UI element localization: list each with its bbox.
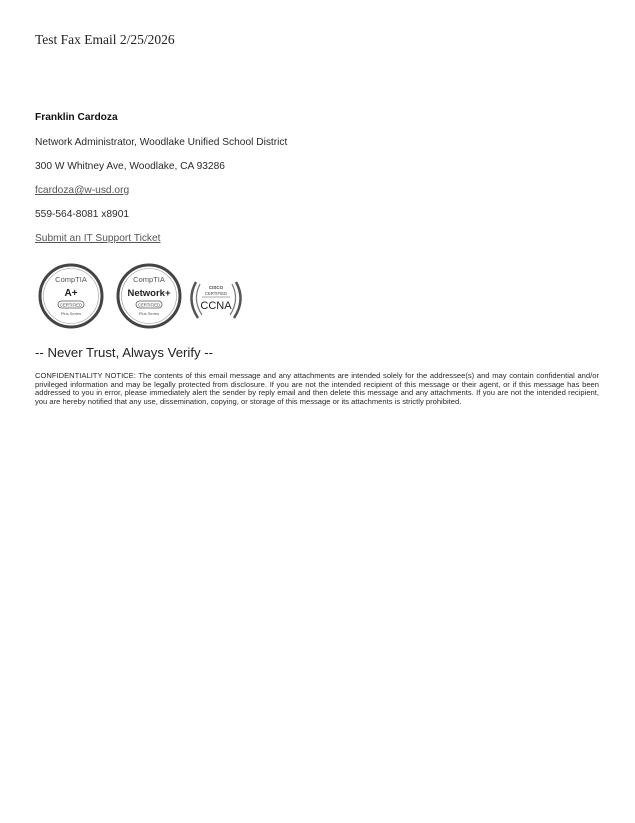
- signature-name: Franklin Cardoza: [35, 112, 118, 123]
- security-motto: -- Never Trust, Always Verify --: [35, 345, 213, 360]
- certification-badges: CompTIA A+ CERTIFIED Plus Series CompTIA…: [36, 262, 256, 330]
- svg-text:A+: A+: [64, 288, 77, 299]
- fax-header-title: Test Fax Email 2/25/2026: [35, 32, 175, 48]
- svg-text:CERTIFIED: CERTIFIED: [138, 303, 160, 308]
- signature-phone: 559-564-8081 x8901: [35, 209, 129, 220]
- support-ticket-link[interactable]: Submit an IT Support Ticket: [35, 233, 161, 244]
- fax-page: Test Fax Email 2/25/2026 Franklin Cardoz…: [0, 0, 635, 823]
- comptia-a-plus-badge-icon: CompTIA A+ CERTIFIED Plus Series: [36, 262, 106, 330]
- comptia-network-plus-badge-icon: CompTIA Network+ CERTIFIED Plus Series: [114, 262, 184, 330]
- signature-job-title: Network Administrator, Woodlake Unified …: [35, 137, 287, 148]
- svg-text:CISCO: CISCO: [209, 285, 224, 290]
- svg-text:CompTIA: CompTIA: [55, 275, 87, 284]
- svg-text:CompTIA: CompTIA: [133, 275, 165, 284]
- svg-text:Network+: Network+: [127, 288, 170, 299]
- signature-address: 300 W Whitney Ave, Woodlake, CA 93286: [35, 161, 225, 172]
- signature-email-link[interactable]: fcardoza@w-usd.org: [35, 185, 129, 196]
- svg-text:Plus Series: Plus Series: [61, 311, 81, 316]
- cisco-ccna-badge-icon: CISCO CERTIFIED CCNA: [186, 272, 246, 326]
- svg-text:CCNA: CCNA: [200, 300, 232, 312]
- svg-text:CERTIFIED: CERTIFIED: [60, 303, 82, 308]
- confidentiality-notice: CONFIDENTIALITY NOTICE: The contents of …: [35, 372, 599, 406]
- svg-text:Plus Series: Plus Series: [139, 311, 159, 316]
- svg-text:CERTIFIED: CERTIFIED: [205, 291, 227, 296]
